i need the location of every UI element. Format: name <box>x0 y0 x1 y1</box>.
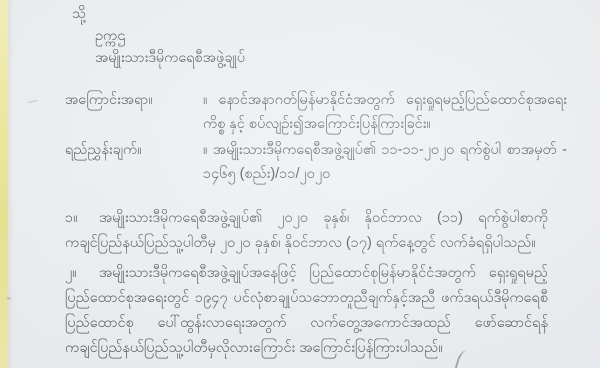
subject-label: အကြောင်းအရာ။ <box>65 88 203 112</box>
paragraph-1-text: အမျိုးသားဒီမိုကရေစီအဖွဲ့ချုပ်၏ ၂၀၂၀ ခုနှ… <box>65 210 548 251</box>
pencil-dot <box>7 297 11 300</box>
salutation: သို့ <box>72 2 86 24</box>
subject-row: အကြောင်းအရာ။ ။ နောင်အနာဂတ်မြန်မာနိုင်ငံအ… <box>65 88 567 136</box>
paragraph-2-number: ၂။ <box>65 261 99 286</box>
recipient-block: ဥက္ကဌ အမျိုးသားဒီမိုကရေစီအဖွဲ့ချုပ် <box>95 26 245 70</box>
scanned-letter-page: သို့ ဥက္ကဌ အမျိုးသားဒီမိုကရေစီအဖွဲ့ချုပ်… <box>0 0 600 368</box>
reference-row: ရည်ညွှန်းချက်။ ။ အမျိုးသားဒီမိုကရေစီအဖွဲ… <box>65 138 567 186</box>
recipient-org: အမျိုးသားဒီမိုကရေစီအဖွဲ့ချုပ် <box>95 48 245 69</box>
reference-label: ရည်ညွှန်းချက်။ <box>65 138 203 162</box>
paragraph-1: ၁။အမျိုးသားဒီမိုကရေစီအဖွဲ့ချုပ်၏ ၂၀၂၀ ခု… <box>65 206 548 256</box>
pencil-mark <box>26 93 37 103</box>
paragraph-2-text: အမျိုးသားဒီမိုကရေစီအဖွဲ့ချုပ်အနေဖြင့် ပြ… <box>65 265 548 356</box>
page-edge-strip <box>0 0 8 368</box>
paragraph-1-number: ၁။ <box>65 206 99 231</box>
paragraph-2: ၂။အမျိုးသားဒီမိုကရေစီအဖွဲ့ချုပ်အနေဖြင့် … <box>65 261 548 361</box>
reference-text: ။ အမျိုးသားဒီမိုကရေစီအဖွဲ့ချုပ်၏ ၁၁-၁၁-၂… <box>203 138 567 186</box>
recipient-title: ဥက္ကဌ <box>95 26 245 47</box>
page-edge-shadow <box>8 0 14 368</box>
subject-text: ။ နောင်အနာဂတ်မြန်မာနိုင်ငံအတွက် ရှေးရှုရ… <box>203 88 567 136</box>
